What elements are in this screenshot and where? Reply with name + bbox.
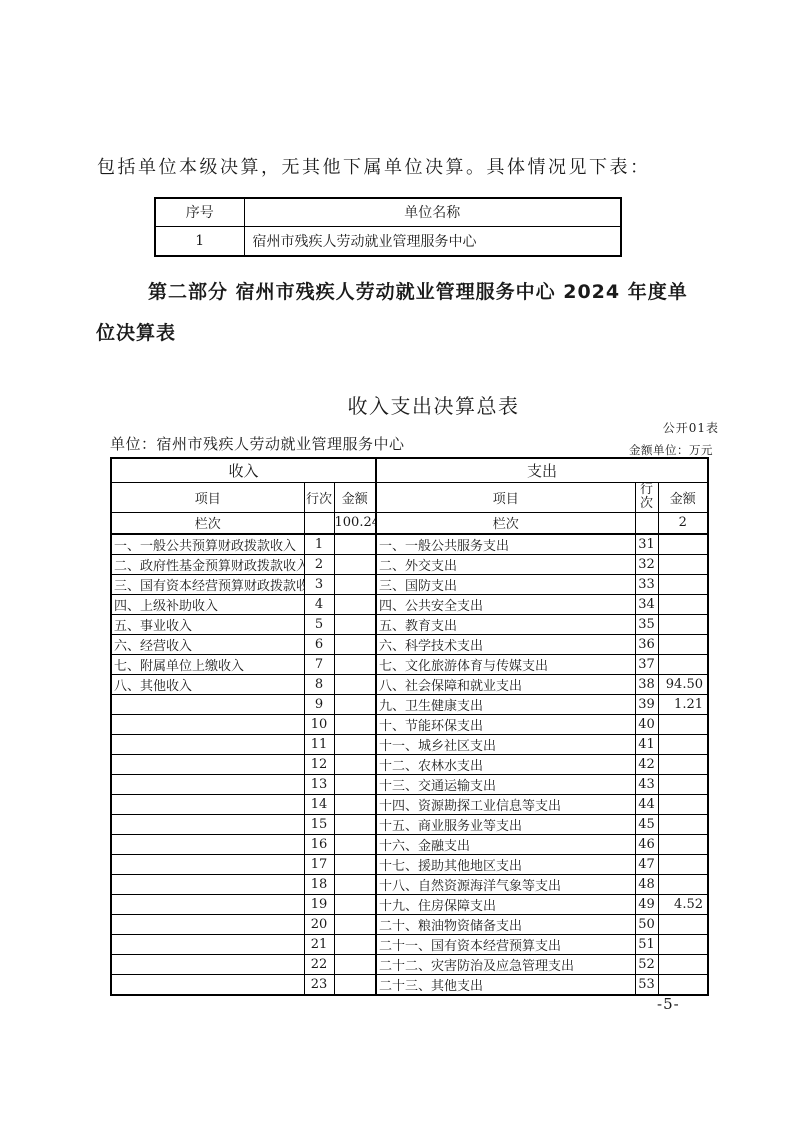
expense-item-cell: 二十一、国有资本经营预算支出 (376, 935, 635, 955)
expense-item-cell: 十五、商业服务业等支出 (376, 815, 635, 835)
expense-item-cell: 十二、农林水支出 (376, 755, 635, 775)
expense-line-cell: 35 (635, 615, 658, 635)
income-item-cell (111, 915, 304, 935)
income-line-cell: 21 (304, 935, 334, 955)
expense-amount-cell (658, 835, 708, 855)
document-page: { "page": { "intro_text": "包括单位本级决算，无其他下… (0, 0, 793, 1122)
expense-item-cell: 九、卫生健康支出 (376, 695, 635, 715)
income-item-cell (111, 815, 304, 835)
income-amount-cell (334, 675, 376, 695)
income-item-cell (111, 955, 304, 975)
expense-amount-cell (658, 735, 708, 755)
income-amount-cell (334, 534, 376, 555)
income-item-cell (111, 695, 304, 715)
income-section-header: 收入 (111, 458, 376, 482)
expense-line-cell: 43 (635, 775, 658, 795)
income-amount-cell (334, 955, 376, 975)
expense-item-cell: 十九、住房保障支出 (376, 895, 635, 915)
income-line-cell: 17 (304, 855, 334, 875)
expense-item-header: 项目 (376, 482, 635, 512)
unit-name-label: 单位：宿州市残疾人劳动就业管理服务中心 (110, 433, 405, 454)
expense-line-cell: 49 (635, 895, 658, 915)
income-item-cell: 四、上级补助收入 (111, 595, 304, 615)
summary-table-title: 收入支出决算总表 (110, 390, 707, 419)
expense-amount-cell: 1.21 (658, 695, 708, 715)
expense-amount-cell (658, 534, 708, 555)
expense-colindex-label: 栏次 (376, 512, 635, 534)
expense-amount-cell (658, 595, 708, 615)
expense-line-cell: 46 (635, 835, 658, 855)
expense-item-cell: 六、科学技术支出 (376, 635, 635, 655)
summary-data-row: 二、政府性基金预算财政拨款收入2二、外交支出32 (111, 555, 708, 575)
expense-item-cell: 十六、金融支出 (376, 835, 635, 855)
expense-item-cell: 四、公共安全支出 (376, 595, 635, 615)
income-item-header: 项目 (111, 482, 304, 512)
page-number: -5- (657, 995, 680, 1013)
expense-line-cell: 52 (635, 955, 658, 975)
summary-data-row: 22二十二、灾害防治及应急管理支出52 (111, 955, 708, 975)
expense-line-cell: 44 (635, 795, 658, 815)
income-item-cell: 八、其他收入 (111, 675, 304, 695)
summary-table: 收入 支出 项目 行次 金额 项目 行次 金额 栏次 100.24 栏次 2 一… (110, 457, 709, 996)
income-item-cell: 一、一般公共预算财政拨款收入 (111, 534, 304, 555)
section-title-line2: 位决算表 (96, 313, 721, 354)
summary-data-row: 六、经营收入6六、科学技术支出36 (111, 635, 708, 655)
expense-colindex-amount: 2 (658, 512, 708, 534)
expense-line-cell: 34 (635, 595, 658, 615)
expense-line-cell: 36 (635, 635, 658, 655)
summary-data-row: 18十八、自然资源海洋气象等支出48 (111, 875, 708, 895)
income-line-cell: 16 (304, 835, 334, 855)
expense-line-cell: 38 (635, 675, 658, 695)
expense-amount-cell (658, 715, 708, 735)
income-item-cell (111, 715, 304, 735)
income-line-cell: 4 (304, 595, 334, 615)
expense-amount-cell (658, 575, 708, 595)
unit-index-cell: 1 (155, 226, 244, 256)
expense-amount-cell (658, 815, 708, 835)
summary-data-row: 七、附属单位上缴收入7七、文化旅游体育与传媒支出37 (111, 655, 708, 675)
income-amount-cell (334, 695, 376, 715)
summary-data-row: 三、国有资本经营预算财政拨款收入3三、国防支出33 (111, 575, 708, 595)
income-item-cell (111, 775, 304, 795)
income-amount-cell (334, 915, 376, 935)
form-code-label: 公开01表 (663, 419, 719, 436)
income-item-cell (111, 795, 304, 815)
income-line-cell: 5 (304, 615, 334, 635)
intro-text: 包括单位本级决算，无其他下属单位决算。具体情况见下表： (97, 153, 717, 179)
income-item-cell (111, 735, 304, 755)
section-title: 第二部分 宿州市残疾人劳动就业管理服务中心 2024 年度单 位决算表 (96, 272, 721, 354)
expense-item-cell: 十、节能环保支出 (376, 715, 635, 735)
income-colindex-amount: 100.24 (334, 512, 376, 534)
expense-amount-cell (658, 935, 708, 955)
income-item-cell: 二、政府性基金预算财政拨款收入 (111, 555, 304, 575)
expense-item-cell: 三、国防支出 (376, 575, 635, 595)
income-line-cell: 18 (304, 875, 334, 895)
summary-data-row: 15十五、商业服务业等支出45 (111, 815, 708, 835)
income-item-cell (111, 875, 304, 895)
income-amount-cell (334, 715, 376, 735)
income-item-cell (111, 755, 304, 775)
expense-item-cell: 十四、资源勘探工业信息等支出 (376, 795, 635, 815)
income-line-cell: 6 (304, 635, 334, 655)
summary-data-row: 21二十一、国有资本经营预算支出51 (111, 935, 708, 955)
income-item-cell (111, 935, 304, 955)
expense-amount-cell (658, 635, 708, 655)
income-amount-cell (334, 655, 376, 675)
expense-line-cell: 40 (635, 715, 658, 735)
income-amount-cell (334, 835, 376, 855)
income-amount-cell (334, 755, 376, 775)
summary-data-row: 10十、节能环保支出40 (111, 715, 708, 735)
expense-amount-cell (658, 775, 708, 795)
income-line-cell: 9 (304, 695, 334, 715)
expense-line-cell: 41 (635, 735, 658, 755)
expense-line-cell: 47 (635, 855, 658, 875)
summary-data-row: 23二十三、其他支出53 (111, 975, 708, 996)
expense-item-cell: 一、一般公共服务支出 (376, 534, 635, 555)
expense-item-cell: 八、社会保障和就业支出 (376, 675, 635, 695)
expense-line-cell: 39 (635, 695, 658, 715)
income-amount-header: 金额 (334, 482, 376, 512)
income-line-cell: 19 (304, 895, 334, 915)
summary-data-row: 13十三、交通运输支出43 (111, 775, 708, 795)
expense-line-header: 行次 (635, 482, 658, 512)
expense-line-cell: 51 (635, 935, 658, 955)
expense-amount-cell (658, 555, 708, 575)
income-line-cell: 14 (304, 795, 334, 815)
income-amount-cell (334, 855, 376, 875)
income-item-cell: 七、附属单位上缴收入 (111, 655, 304, 675)
summary-data-row: 16十六、金融支出46 (111, 835, 708, 855)
summary-data-row: 20二十、粮油物资储备支出50 (111, 915, 708, 935)
section-title-line1: 第二部分 宿州市残疾人劳动就业管理服务中心 2024 年度单 (96, 272, 721, 313)
income-colindex-label: 栏次 (111, 512, 304, 534)
expense-item-cell: 十一、城乡社区支出 (376, 735, 635, 755)
units-header-index: 序号 (155, 198, 244, 226)
expense-line-cell: 32 (635, 555, 658, 575)
expense-item-cell: 二十三、其他支出 (376, 975, 635, 996)
expense-amount-cell (658, 855, 708, 875)
summary-data-row: 八、其他收入8八、社会保障和就业支出3894.50 (111, 675, 708, 695)
summary-data-row: 9九、卫生健康支出391.21 (111, 695, 708, 715)
income-line-cell: 13 (304, 775, 334, 795)
expense-line-cell: 53 (635, 975, 658, 996)
expense-line-cell: 50 (635, 915, 658, 935)
income-line-cell: 3 (304, 575, 334, 595)
expense-item-cell: 五、教育支出 (376, 615, 635, 635)
income-amount-cell (334, 775, 376, 795)
units-table: 序号 单位名称 1 宿州市残疾人劳动就业管理服务中心 (154, 197, 622, 257)
income-colindex-line (304, 512, 334, 534)
income-item-cell (111, 855, 304, 875)
amount-unit-label: 金额单位：万元 (629, 442, 713, 458)
expense-amount-cell (658, 975, 708, 996)
units-header-name: 单位名称 (244, 198, 621, 226)
expense-amount-cell (658, 655, 708, 675)
summary-data-row: 12十二、农林水支出42 (111, 755, 708, 775)
income-amount-cell (334, 875, 376, 895)
expense-amount-header: 金额 (658, 482, 708, 512)
expense-amount-cell (658, 795, 708, 815)
income-amount-cell (334, 575, 376, 595)
expense-amount-cell (658, 915, 708, 935)
income-amount-cell (334, 795, 376, 815)
income-amount-cell (334, 595, 376, 615)
summary-data-row: 14十四、资源勘探工业信息等支出44 (111, 795, 708, 815)
expense-line-cell: 33 (635, 575, 658, 595)
income-line-cell: 22 (304, 955, 334, 975)
income-line-cell: 11 (304, 735, 334, 755)
expense-item-cell: 十七、援助其他地区支出 (376, 855, 635, 875)
expense-item-cell: 二十、粮油物资储备支出 (376, 915, 635, 935)
units-table-row: 1 宿州市残疾人劳动就业管理服务中心 (155, 226, 621, 256)
income-line-cell: 1 (304, 534, 334, 555)
column-header-row: 项目 行次 金额 项目 行次 金额 (111, 482, 708, 512)
expense-amount-cell (658, 755, 708, 775)
expense-amount-cell (658, 875, 708, 895)
income-line-cell: 15 (304, 815, 334, 835)
income-amount-cell (334, 555, 376, 575)
expense-item-cell: 十三、交通运输支出 (376, 775, 635, 795)
column-index-row: 栏次 100.24 栏次 2 (111, 512, 708, 534)
section-header-row: 收入 支出 (111, 458, 708, 482)
income-item-cell: 五、事业收入 (111, 615, 304, 635)
income-line-cell: 8 (304, 675, 334, 695)
income-item-cell (111, 975, 304, 996)
expense-line-cell: 48 (635, 875, 658, 895)
income-amount-cell (334, 895, 376, 915)
income-amount-cell (334, 935, 376, 955)
income-line-cell: 10 (304, 715, 334, 735)
expense-amount-cell: 4.52 (658, 895, 708, 915)
income-item-cell: 三、国有资本经营预算财政拨款收入 (111, 575, 304, 595)
income-line-cell: 20 (304, 915, 334, 935)
expense-amount-cell: 94.50 (658, 675, 708, 695)
summary-table-body: 收入 支出 项目 行次 金额 项目 行次 金额 栏次 100.24 栏次 2 一… (111, 458, 708, 995)
income-line-cell: 2 (304, 555, 334, 575)
income-line-cell: 12 (304, 755, 334, 775)
expense-item-cell: 十八、自然资源海洋气象等支出 (376, 875, 635, 895)
units-table-header-row: 序号 单位名称 (155, 198, 621, 226)
expense-line-cell: 37 (635, 655, 658, 675)
summary-data-row: 11十一、城乡社区支出41 (111, 735, 708, 755)
expense-line-cell: 31 (635, 534, 658, 555)
expense-section-header: 支出 (376, 458, 708, 482)
summary-data-row: 17十七、援助其他地区支出47 (111, 855, 708, 875)
unit-name-cell: 宿州市残疾人劳动就业管理服务中心 (244, 226, 621, 256)
income-amount-cell (334, 975, 376, 996)
expense-item-cell: 二、外交支出 (376, 555, 635, 575)
income-item-cell: 六、经营收入 (111, 635, 304, 655)
expense-colindex-line (635, 512, 658, 534)
income-amount-cell (334, 615, 376, 635)
expense-amount-cell (658, 955, 708, 975)
expense-amount-cell (658, 615, 708, 635)
income-line-cell: 23 (304, 975, 334, 996)
income-item-cell (111, 895, 304, 915)
summary-data-row: 19十九、住房保障支出494.52 (111, 895, 708, 915)
income-line-cell: 7 (304, 655, 334, 675)
expense-line-cell: 42 (635, 755, 658, 775)
expense-item-cell: 七、文化旅游体育与传媒支出 (376, 655, 635, 675)
income-amount-cell (334, 815, 376, 835)
income-item-cell (111, 835, 304, 855)
income-line-header: 行次 (304, 482, 334, 512)
summary-data-row: 五、事业收入5五、教育支出35 (111, 615, 708, 635)
summary-data-row: 四、上级补助收入4四、公共安全支出34 (111, 595, 708, 615)
income-amount-cell (334, 735, 376, 755)
income-amount-cell (334, 635, 376, 655)
expense-item-cell: 二十二、灾害防治及应急管理支出 (376, 955, 635, 975)
expense-line-cell: 45 (635, 815, 658, 835)
summary-data-row: 一、一般公共预算财政拨款收入1一、一般公共服务支出31 (111, 534, 708, 555)
